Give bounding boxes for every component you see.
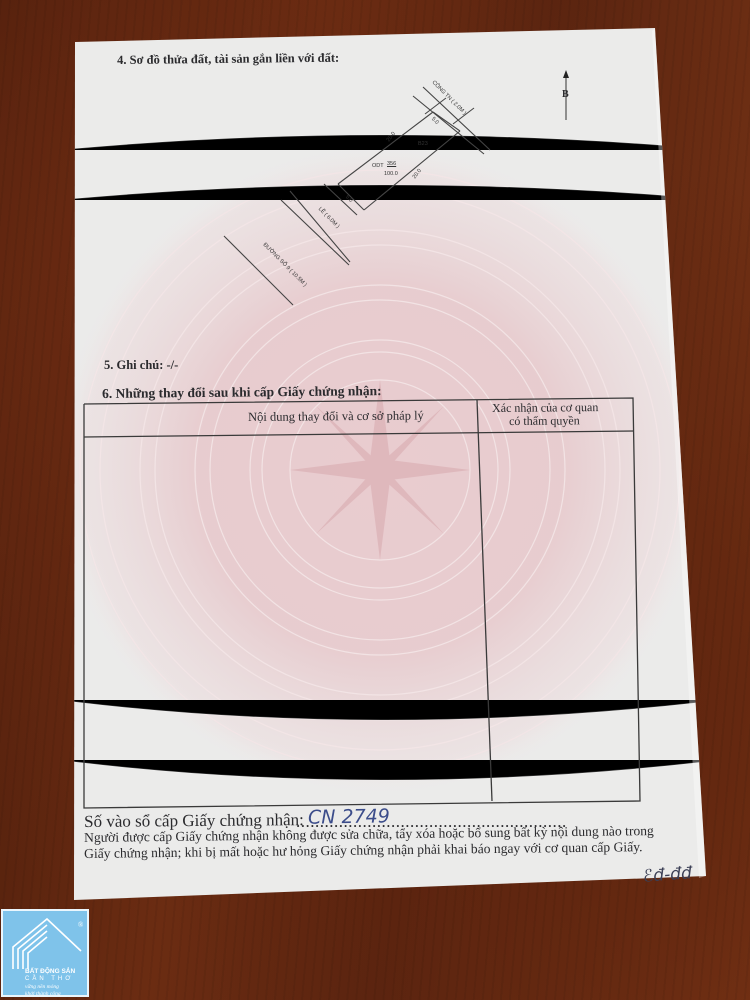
section-4-title: 4. Sơ đồ thửa đất, tài sản gắn liền với … — [117, 51, 339, 68]
registered-mark: ® — [78, 921, 83, 929]
section-5-notes: 5. Ghi chú: -/- — [104, 358, 178, 373]
logo-line-3: vững nền móng — [25, 984, 59, 990]
logo-line-2: CẦN THƠ — [25, 976, 73, 982]
registry-number-value: CN 2749 — [308, 805, 390, 828]
table-header-changes: Nội dung thay đổi và cơ sở pháp lý — [248, 408, 424, 425]
watermark-logo: ® BẤT ĐỘNG SẢN CẦN THƠ vững nền móng khở… — [1, 909, 89, 997]
table-header-authority: có thẩm quyền — [509, 413, 580, 429]
logo-line-4: khởi thành công — [25, 991, 61, 997]
section-6-title: 6. Những thay đổi sau khi cấp Giấy chứng… — [102, 383, 382, 402]
logo-line-1: BẤT ĐỘNG SẢN — [25, 968, 75, 975]
north-arrow-label: B — [562, 89, 569, 100]
house-roof-icon — [3, 911, 87, 971]
handwritten-note: ℰđ-đđ — [642, 863, 692, 886]
